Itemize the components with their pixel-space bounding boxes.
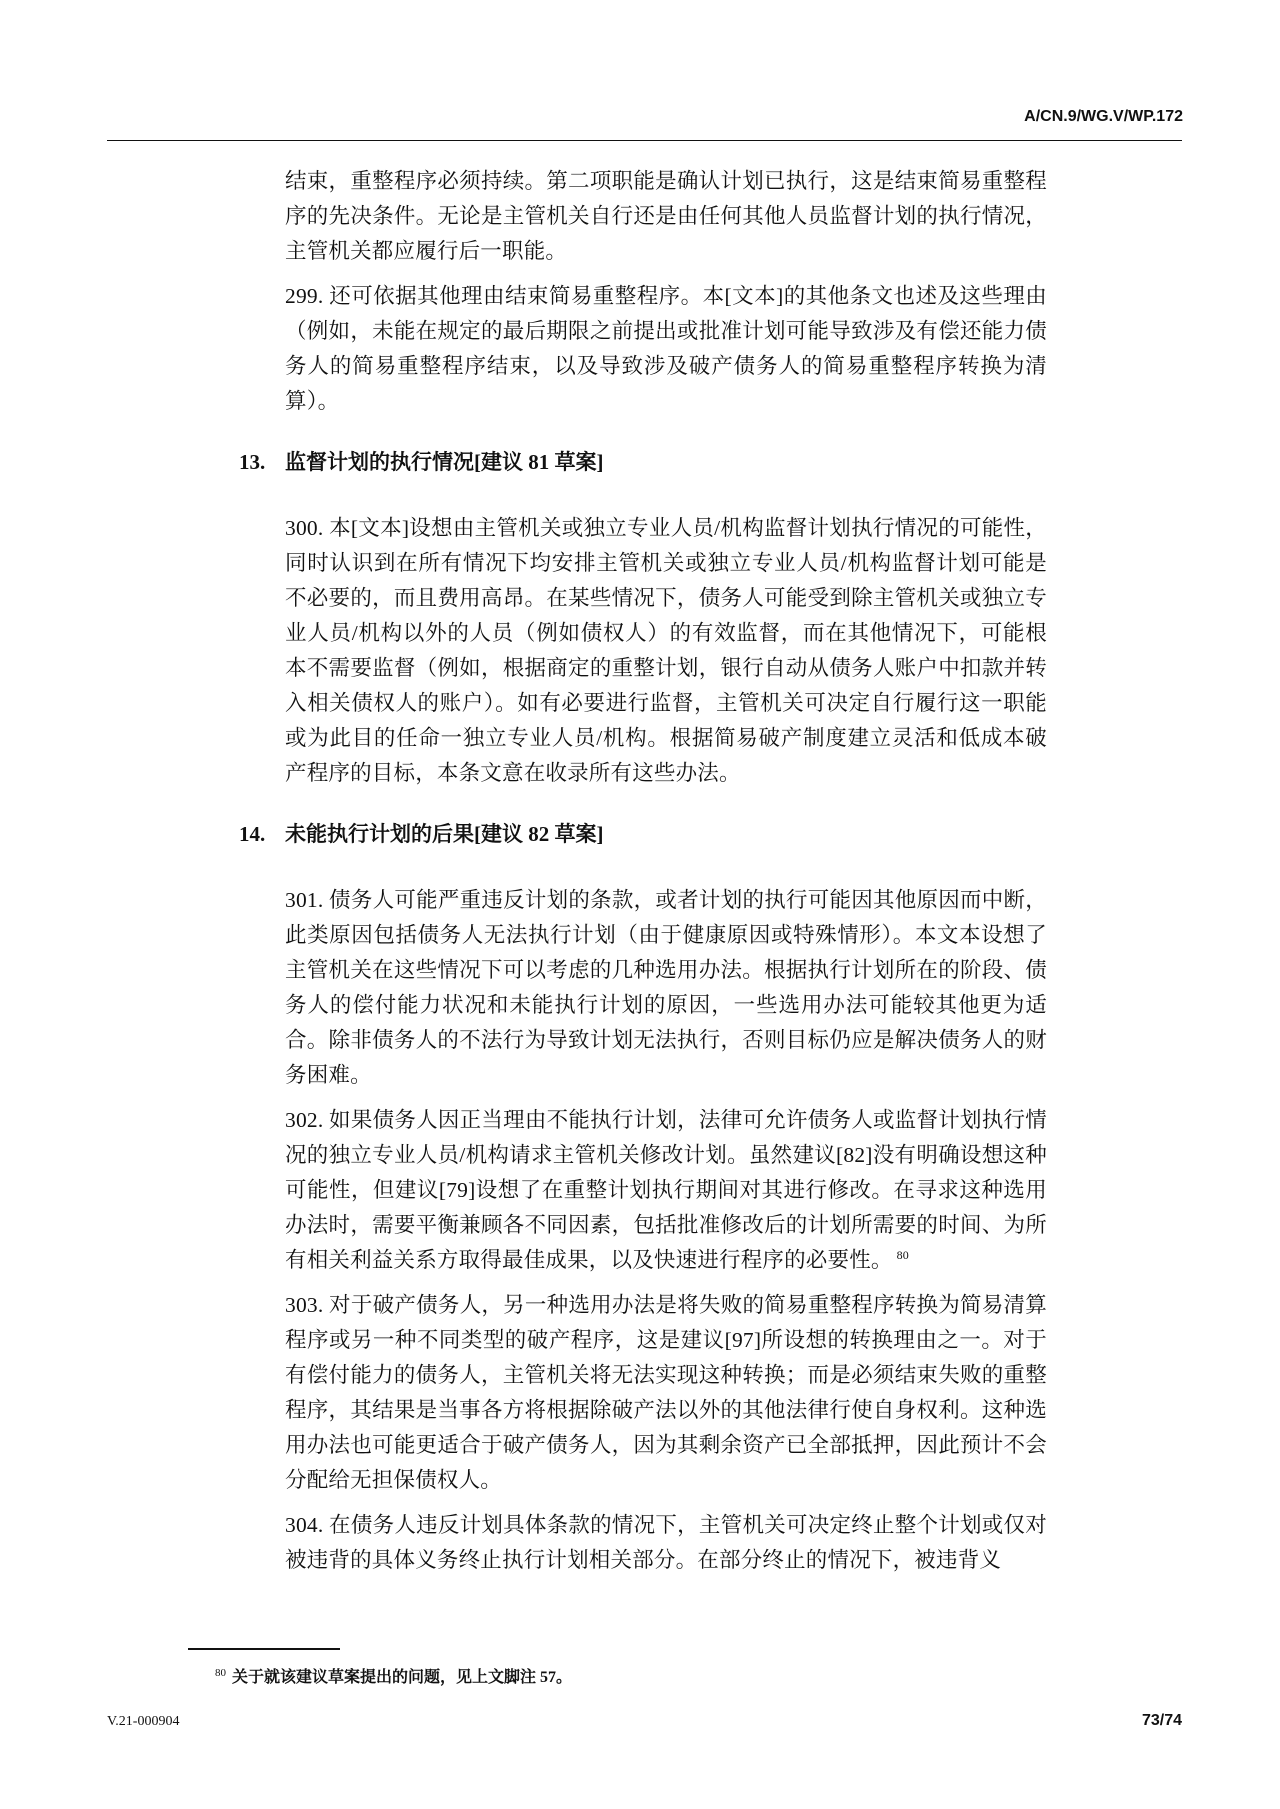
footnote-80: 80关于就该建议草案提出的问题，见上文脚注 57。 <box>215 1664 572 1687</box>
document-body: 结束，重整程序必须持续。第二项职能是确认计划已执行，这是结束简易重整程序的先决条… <box>285 164 1047 1588</box>
footnote-text: 关于就该建议草案提出的问题，见上文脚注 57。 <box>232 1669 572 1686</box>
document-symbol: A/CN.9/WG.V/WP.172 <box>1024 108 1183 126</box>
section-title: 未能执行计划的后果[建议 82 草案] <box>285 822 604 846</box>
footnote-number: 80 <box>215 1667 226 1679</box>
footnote-reference[interactable]: 80 <box>897 1248 909 1262</box>
section-title: 监督计划的执行情况[建议 81 草案] <box>285 450 604 474</box>
paragraph-301: 301. 债务人可能严重违反计划的条款，或者计划的执行可能因其他原因而中断，此类… <box>285 883 1047 1093</box>
paragraph-303: 303. 对于破产债务人，另一种选用办法是将失败的简易重整程序转换为简易清算程序… <box>285 1288 1047 1498</box>
job-number: V.21-000904 <box>107 1714 179 1730</box>
paragraph-continued: 结束，重整程序必须持续。第二项职能是确认计划已执行，这是结束简易重整程序的先决条… <box>285 164 1047 269</box>
section-number: 14. <box>239 819 265 849</box>
paragraph-300: 300. 本[文本]设想由主管机关或独立专业人员/机构监督计划执行情况的可能性，… <box>285 511 1047 791</box>
paragraph-304: 304. 在债务人违反计划具体条款的情况下，主管机关可决定终止整个计划或仅对被违… <box>285 1508 1047 1578</box>
header-divider <box>107 140 1182 141</box>
section-number: 13. <box>239 447 265 477</box>
footnote-divider <box>188 1648 340 1650</box>
paragraph-302: 302. 如果债务人因正当理由不能执行计划，法律可允许债务人或监督计划执行情况的… <box>285 1103 1047 1278</box>
section-heading-14: 14. 未能执行计划的后果[建议 82 草案] <box>285 819 1047 849</box>
paragraph-302-text: 302. 如果债务人因正当理由不能执行计划，法律可允许债务人或监督计划执行情况的… <box>285 1108 1047 1272</box>
paragraph-299: 299. 还可依据其他理由结束简易重整程序。本[文本]的其他条文也述及这些理由（… <box>285 279 1047 419</box>
page-number: 73/74 <box>1142 1712 1182 1730</box>
section-heading-13: 13. 监督计划的执行情况[建议 81 草案] <box>285 447 1047 477</box>
